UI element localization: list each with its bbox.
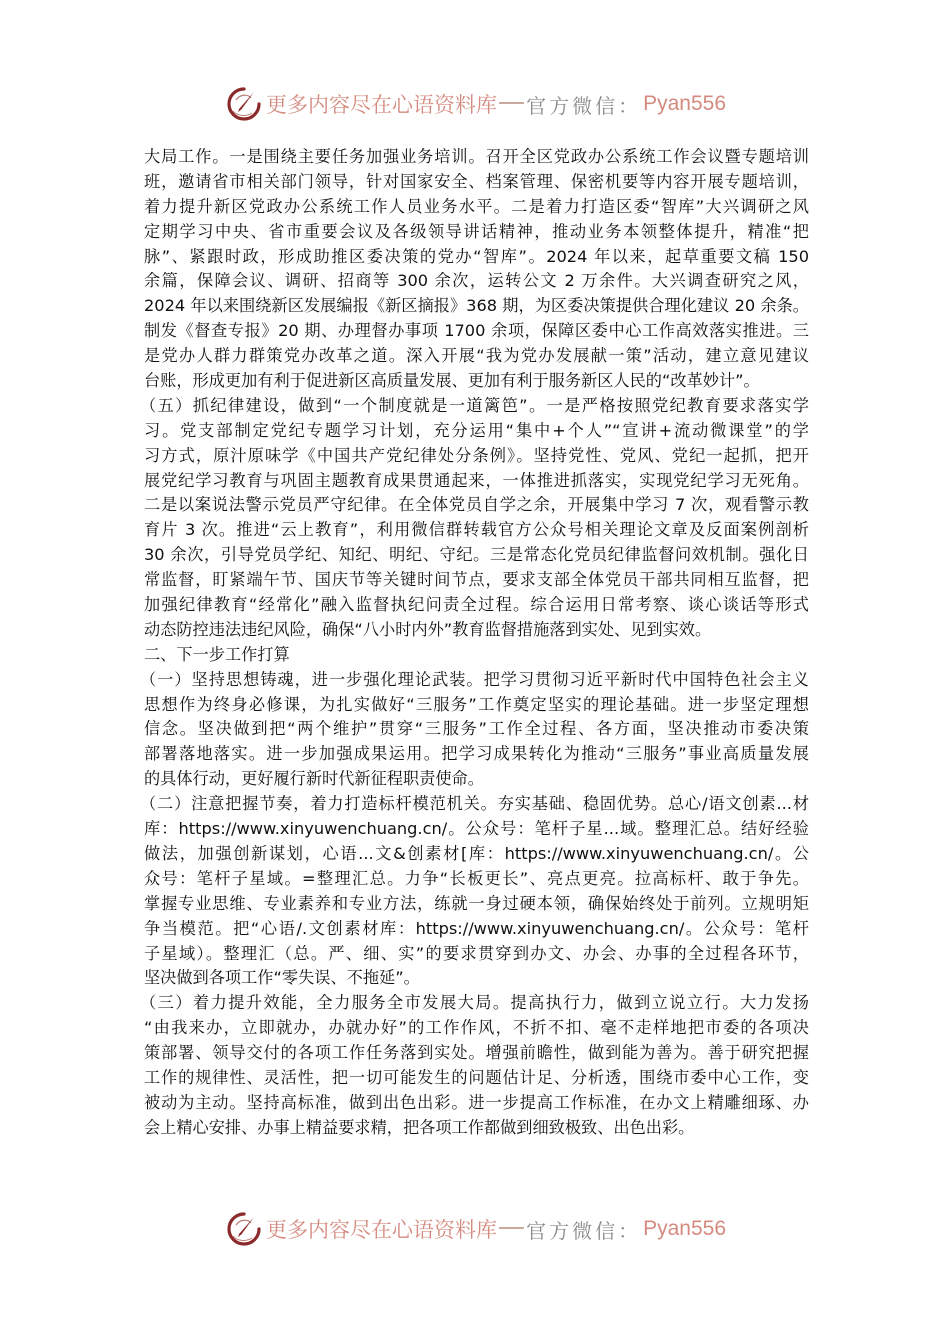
- section-title: 二、下一步工作打算: [144, 643, 809, 668]
- wechat-label: 官方微信：: [526, 1215, 641, 1244]
- text-line: 部署落地落实。进一步加强成果运用。把学习成果转化为推动“三服务”事业高质量发展: [144, 742, 809, 767]
- text-line: 育片 3 次。推进“云上教育”，利用微信群转载官方公众号相关理论文章及反面案例剖…: [144, 518, 809, 543]
- document-body: 大局工作。一是围绕主要任务加强业务培训。召开全区党政办公系统工作会议暨专题培训 …: [144, 145, 809, 1141]
- text-line: 子星域）。整理汇（总。严、细、实”的要求贯穿到办文、办会、办事的全过程各环节，: [144, 942, 809, 967]
- text-line: 争当模范。把“心语/.文创素材库：https://www.xinyuwenchu…: [144, 917, 809, 942]
- wechat-label: 官方微信：: [526, 90, 641, 119]
- header-banner: 更多内容尽在心语资料库 官方微信： Pyan556: [226, 84, 726, 124]
- site-slogan: 更多内容尽在心语资料库: [266, 1214, 497, 1244]
- text-line: 着力提升新区党政办公系统工作人员业务水平。二是着力打造区委“智库”大兴调研之风: [144, 195, 809, 220]
- section-heading-line: （二）注意把握节奏，着力打造标杆模范机关。夯实基础、稳固优势。总心/语文创素..…: [140, 792, 809, 817]
- paragraph-end-line: 动态防控违法违纪风险，确保“八小时内外”教育监督措施落到实处、见到实效。: [144, 618, 809, 643]
- text-line: 2024 年以来围绕新区发展编报《新区摘报》368 期，为区委决策提供合理化建议…: [144, 294, 809, 319]
- paragraph-end-line: 坚决做到各项工作“零失误、不拖延”。: [144, 966, 809, 991]
- text-line: 工作的规律性、灵活性，把一切可能发生的问题估计足、分析透，围绕市委中心工作，变: [144, 1066, 809, 1091]
- wechat-id: Pyan556: [643, 1217, 726, 1241]
- text-line: 习方式，原汁原味学《中国共产党纪律处分条例》。坚持党性、党风、党纪一起抓，把开: [144, 444, 809, 469]
- paragraph-end-line: 台账，形成更加有利于促进新区高质量发展、更加有利于服务新区人民的“改革妙计”。: [144, 369, 809, 394]
- text-line: “由我来办，立即就办，办就办好”的工作作风，不折不扣、毫不走样地把市委的各项决: [144, 1016, 809, 1041]
- quill-pen-circle-icon: [226, 86, 262, 122]
- text-line: 加强纪律教育“经常化”融入监督执纪问责全过程。综合运用日常考察、谈心谈话等形式: [144, 593, 809, 618]
- divider-dash: [499, 1227, 524, 1229]
- text-line: 30 余次，引导党员学纪、知纪、明纪、守纪。三是常态化党员纪律监督问效机制。强化…: [144, 543, 809, 568]
- text-line: 掌握专业思维、专业素养和专业方法，练就一身过硬本领，确保始终处于前列。立规明矩: [144, 892, 809, 917]
- footer-banner: 更多内容尽在心语资料库 官方微信： Pyan556: [226, 1209, 726, 1249]
- text-line: 众号：笔杆子星域。=整理汇总。力争“长板更长”、亮点更亮。拉高标杆、敢于争先。: [144, 867, 809, 892]
- text-line: 做法，加强创新谋划，心语...文&创素材[库：https://www.xinyu…: [144, 842, 809, 867]
- text-line: 展党纪学习教育与巩固主题教育成果贯通起来，一体推进抓落实，实现党纪学习无死角。: [144, 469, 809, 494]
- text-line: 班，邀请省市相关部门领导，针对国家安全、档案管理、保密机要等内容开展专题培训，: [144, 170, 809, 195]
- text-line: 库：https://www.xinyuwenchuang.cn/。公众号：笔杆子…: [144, 817, 809, 842]
- text-line: 是党办人群力群策党办改革之道。深入开展“我为党办发展献一策”活动，建立意见建议: [144, 344, 809, 369]
- text-line: 常监督，盯紧端午节、国庆节等关键时间节点，要求支部全体党员干部共同相互监督，把: [144, 568, 809, 593]
- text-line: 余篇，保障会议、调研、招商等 300 余次，运转公文 2 万余件。大兴调查研究之…: [144, 269, 809, 294]
- quill-pen-circle-icon: [226, 1211, 262, 1247]
- text-line: 定期学习中央、省市重要会议及各级领导讲话精神，推动业务本领整体提升，精准“把: [144, 220, 809, 245]
- text-line: 思想作为终身必修课，为扎实做好“三服务”工作奠定坚实的理论基础。进一步坚定理想: [144, 693, 809, 718]
- paragraph-end-line: 的具体行动，更好履行新时代新征程职责使命。: [144, 767, 809, 792]
- text-line: 制发《督查专报》20 期、办理督办事项 1700 余项，保障区委中心工作高效落实…: [144, 319, 809, 344]
- text-line: 大局工作。一是围绕主要任务加强业务培训。召开全区党政办公系统工作会议暨专题培训: [144, 145, 809, 170]
- paragraph-end-line: 会上精心安排、办事上精益要求精，把各项工作都做到细致极致、出色出彩。: [144, 1116, 809, 1141]
- section-heading-line: （一）坚持思想铸魂，进一步强化理论武装。把学习贯彻习近平新时代中国特色社会主义: [140, 668, 809, 693]
- divider-dash: [499, 102, 524, 104]
- text-line: 被动为主动。坚持高标准，做到出色出彩。进一步提高工作标准，在办文上精雕细琢、办: [144, 1091, 809, 1116]
- text-line: 二是以案说法警示党员严守纪律。在全体党员自学之余，开展集中学习 7 次，观看警示…: [144, 493, 809, 518]
- text-line: 信念。坚决做到把“两个维护”贯穿“三服务”工作全过程、各方面，坚决推动市委决策: [144, 717, 809, 742]
- text-line: 脉”、紧跟时政，形成助推区委决策的党办“智库”。2024 年以来，起草重要文稿 …: [144, 245, 809, 270]
- section-heading-line: （五）抓纪律建设，做到“一个制度就是一道篱笆”。一是严格按照党纪教育要求落实学: [140, 394, 809, 419]
- wechat-id: Pyan556: [643, 92, 726, 116]
- text-line: 习。党支部制定党纪专题学习计划，充分运用“集中+个人”“宣讲+流动微课堂”的学: [144, 419, 809, 444]
- site-slogan: 更多内容尽在心语资料库: [266, 89, 497, 119]
- section-heading-line: （三）着力提升效能，全力服务全市发展大局。提高执行力，做到立说立行。大力发扬: [140, 991, 809, 1016]
- text-line: 策部署、领导交付的各项工作任务落到实处。增强前瞻性，做到能为善为。善于研究把握: [144, 1041, 809, 1066]
